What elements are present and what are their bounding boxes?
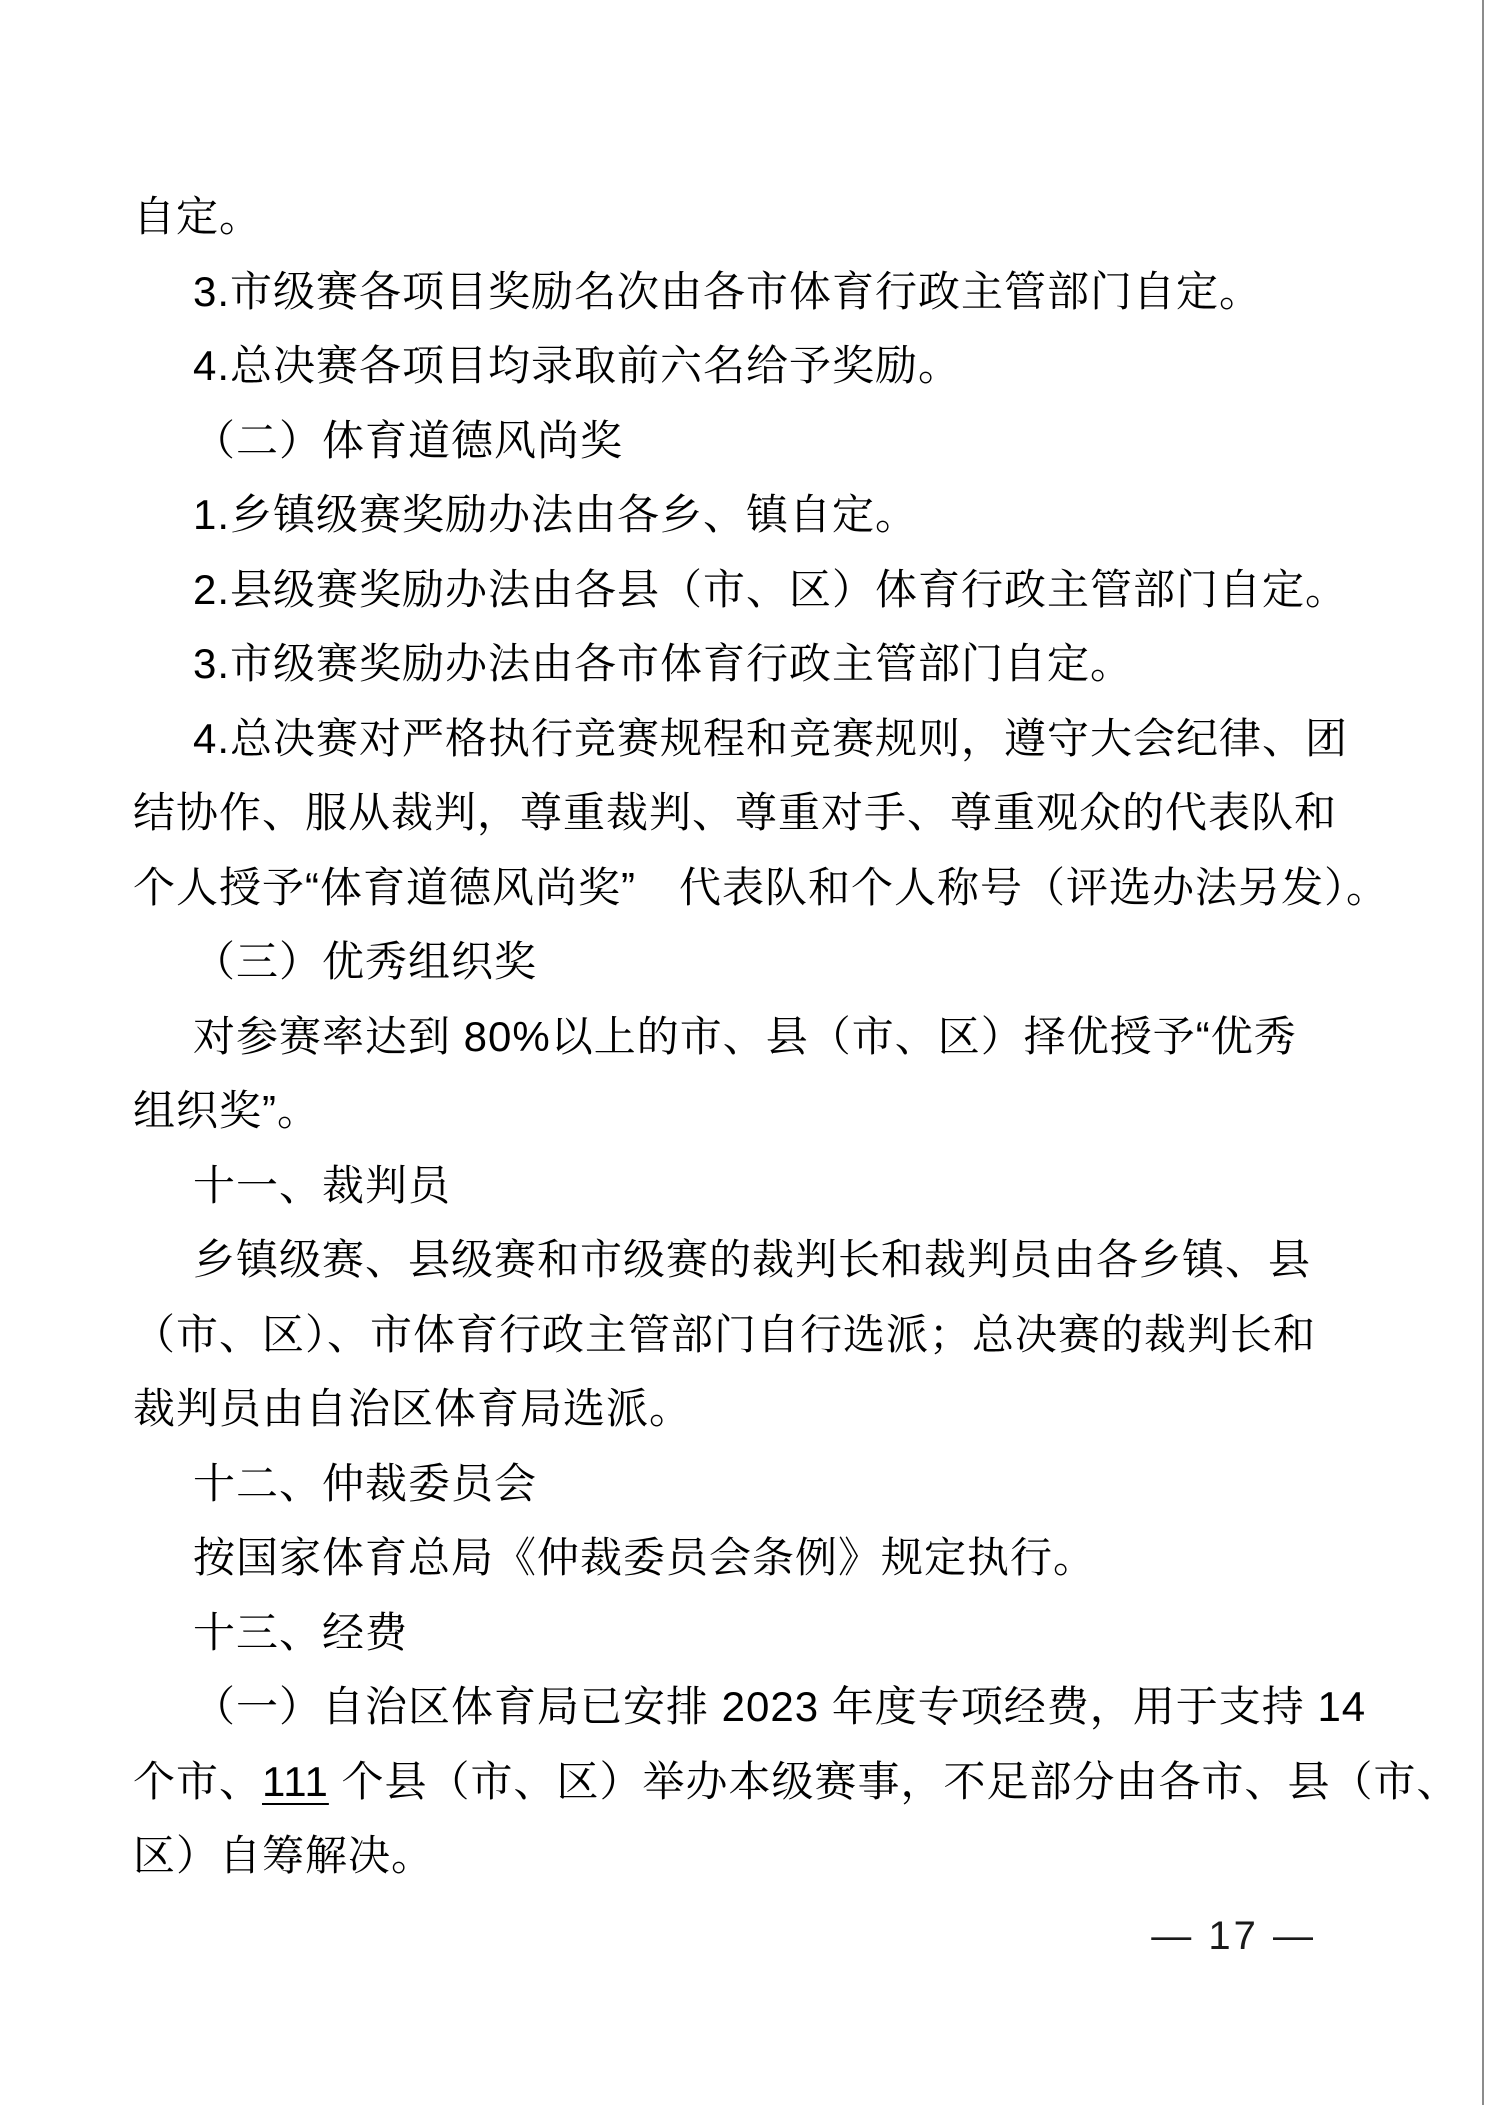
para-organization-award-line1: 对参赛率达到 80%以上的市、县（市、区）择优授予“优秀 xyxy=(133,1000,1365,1075)
para-funding-line3: 区）自筹解决。 xyxy=(133,1819,1365,1894)
para-referees-line3: 裁判员由自治区体育局选派。 xyxy=(133,1372,1365,1447)
para-item3-city-award-ranks: 3.市级赛各项目奖励名次由各市体育行政主管部门自定。 xyxy=(133,255,1365,330)
heading-section2-sportsmanship-award: （二）体育道德风尚奖 xyxy=(133,404,1365,479)
para-referees-line2: （市、区）、市体育行政主管部门自行选派；总决赛的裁判长和 xyxy=(133,1298,1365,1373)
heading-11-referees: 十一、裁判员 xyxy=(133,1149,1365,1224)
heading-section3-organization-award: （三）优秀组织奖 xyxy=(133,925,1365,1000)
heading-12-arbitration-committee: 十二、仲裁委员会 xyxy=(133,1447,1365,1522)
para-organization-award-line2: 组织奖”。 xyxy=(133,1074,1365,1149)
para-funding-line2: 个市、111 个县（市、区）举办本级赛事，不足部分由各市、县（市、 xyxy=(133,1745,1365,1820)
para-arbitration-rule: 按国家体育总局《仲裁委员会条例》规定执行。 xyxy=(133,1521,1365,1596)
para-item3-city-awards: 3.市级赛奖励办法由各市体育行政主管部门自定。 xyxy=(133,627,1365,702)
para-item4-finals-ethics-line3: 个人授予“体育道德风尚奖” 代表队和个人称号（评选办法另发）。 xyxy=(133,851,1365,926)
para-item2-county-awards: 2.县级赛奖励办法由各县（市、区）体育行政主管部门自定。 xyxy=(133,553,1365,628)
para-item1-township-awards: 1.乡镇级赛奖励办法由各乡、镇自定。 xyxy=(133,478,1365,553)
para-item4-finals-ethics-line2: 结协作、服从裁判，尊重裁判、尊重对手、尊重观众的代表队和 xyxy=(133,776,1365,851)
page-number: — 17 — xyxy=(1151,1914,1316,1959)
para-referees-line1: 乡镇级赛、县级赛和市级赛的裁判长和裁判员由各乡镇、县 xyxy=(133,1223,1365,1298)
document-body: 自定。 3.市级赛各项目奖励名次由各市体育行政主管部门自定。 4.总决赛各项目均… xyxy=(133,180,1365,1894)
para-continuation: 自定。 xyxy=(133,180,1365,255)
para-item4-finals-top-six: 4.总决赛各项目均录取前六名给予奖励。 xyxy=(133,329,1365,404)
para-funding-line1: （一）自治区体育局已安排 2023 年度专项经费，用于支持 14 xyxy=(133,1670,1365,1745)
funding-line2-suffix: 个县（市、区）举办本级赛事，不足部分由各市、县（市、 xyxy=(329,1758,1460,1805)
para-item4-finals-ethics-line1: 4.总决赛对严格执行竞赛规程和竞赛规则，遵守大会纪律、团 xyxy=(133,702,1365,777)
heading-13-funding: 十三、经费 xyxy=(133,1596,1365,1671)
funding-line2-prefix: 个市、 xyxy=(133,1758,262,1805)
document-page: 自定。 3.市级赛各项目奖励名次由各市体育行政主管部门自定。 4.总决赛各项目均… xyxy=(0,0,1488,2105)
scan-edge-line xyxy=(1482,0,1484,2105)
funding-county-count: 111 xyxy=(262,1758,329,1805)
